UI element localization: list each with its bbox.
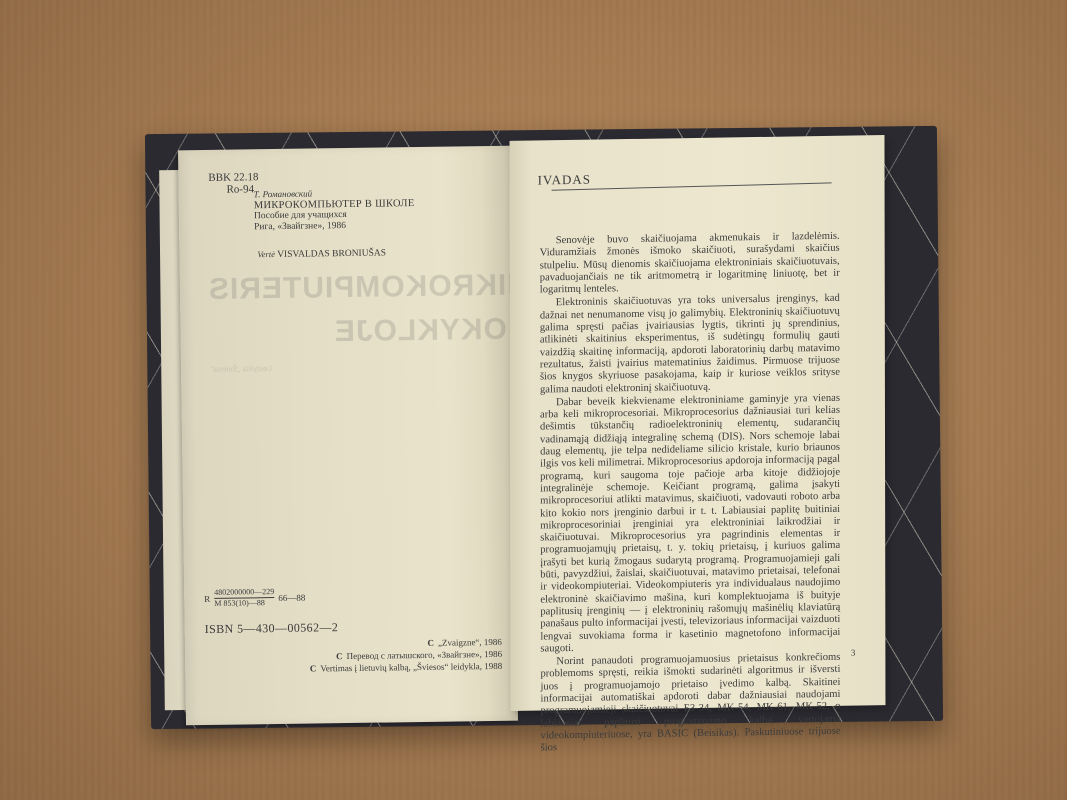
paragraph: Elektroninis skaičiuotuvas yra toks univ… — [540, 293, 840, 396]
translator-credit: Vertė VISVALDAS BRONIUŠAS — [257, 247, 386, 260]
chapter-heading: IVADAS — [538, 172, 591, 189]
photo-scene: MIKROKOMPIUTERIS MOKYKLOJE Leidykla „Švi… — [0, 0, 1067, 800]
paragraph: Senovėje buvo skaičiuojama akmenukais ir… — [540, 231, 840, 297]
left-page-copyright: MIKROKOMPIUTERIS MOKYKLOJE Leidykla „Švi… — [178, 146, 518, 726]
original-edition-info: Т. Романовский МИКРОКОМПЬЮТЕР В ШКОЛЕ По… — [254, 187, 415, 233]
isbn: ISBN 5—430—00562—2 — [205, 620, 339, 637]
original-publisher: Рига, «Звайгзне», 1986 — [254, 220, 415, 233]
paragraph: Norint panaudoti programuojamuosius prie… — [540, 652, 840, 755]
right-page-introduction: IVADAS Senovėje buvo skaičiuojama akmenu… — [510, 135, 886, 711]
heading-rule — [552, 182, 832, 190]
body-text: Senovėje buvo skaičiuojama akmenukais ir… — [540, 231, 841, 756]
show-through-publisher: Leidykla „Šviesa“ — [211, 364, 272, 374]
show-through-title: MIKROKOMPIUTERIS MOKYKLOJE — [208, 263, 534, 356]
bbk-classification: BBK 22.18 Ro-94 — [208, 171, 258, 196]
catalog-code: R 4802000000—229 M 853(10)—88 66—88 — [204, 587, 305, 609]
page-number: 3 — [851, 648, 856, 658]
paragraph: Dabar beveik kiekviename elektroniniame … — [540, 393, 840, 656]
copyright-notices: C„Zvaigzne“, 1986 CПеревод с латышского,… — [309, 636, 502, 675]
